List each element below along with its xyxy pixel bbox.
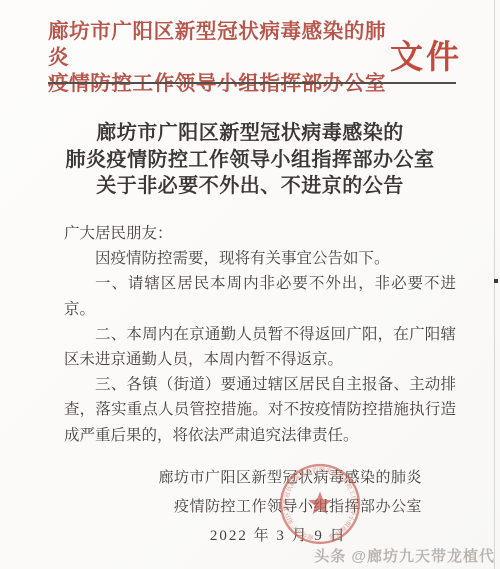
toutiao-watermark: 头条 @廊坊九天带龙植代 xyxy=(314,545,495,566)
scan-artifact-speck xyxy=(494,279,498,283)
notice-body: 广大居民朋友： 因疫情防控需要，现将有关事宜公告如下。 一、请辖区居民本周内非必… xyxy=(64,221,456,448)
scan-edge-line xyxy=(494,0,495,569)
salutation: 广大居民朋友： xyxy=(64,221,456,246)
notice-item-3: 三、各镇（街道）要通过辖区居民自主报备、主动排查，落实重点人员管控措施。对不按疫… xyxy=(64,372,456,448)
document-type-label: 文件 xyxy=(390,31,462,78)
official-red-seal-icon: 廊坊市广阳区新型冠状病毒感染的肺炎疫情防控工作领导小组指挥部 xyxy=(272,456,368,552)
letterhead-divider xyxy=(48,82,456,84)
scanned-notice-document: 廊坊市广阳区新型冠状病毒感染的肺炎 疫情防控工作领导小组指挥部办公室 文件 廊坊… xyxy=(0,0,500,569)
title-line2: 肺炎疫情防控工作领导小组指挥部办公室 xyxy=(0,147,500,174)
title-line3: 关于非必要不外出、不进京的公告 xyxy=(0,173,500,200)
seal-star-icon xyxy=(308,492,332,515)
document-title: 廊坊市广阳区新型冠状病毒感染的 肺炎疫情防控工作领导小组指挥部办公室 关于非必要… xyxy=(0,120,500,200)
letterhead-org-name: 廊坊市广阳区新型冠状病毒感染的肺炎 疫情防控工作领导小组指挥部办公室 xyxy=(48,19,386,97)
title-line1: 廊坊市广阳区新型冠状病毒感染的 xyxy=(0,120,500,147)
letterhead-line2: 疫情防控工作领导小组指挥部办公室 xyxy=(48,71,386,97)
notice-item-2: 二、本周内在京通勤人员暂不得返回广阳，在广阳辖区未进京通勤人员，本周内暂不得返京… xyxy=(64,322,456,372)
notice-item-1: 一、请辖区居民本周内非必要不外出，非必要不进京。 xyxy=(64,271,456,321)
intro-paragraph: 因疫情防控需要，现将有关事宜公告如下。 xyxy=(64,246,456,271)
letterhead-line1: 廊坊市广阳区新型冠状病毒感染的肺炎 xyxy=(48,19,386,71)
